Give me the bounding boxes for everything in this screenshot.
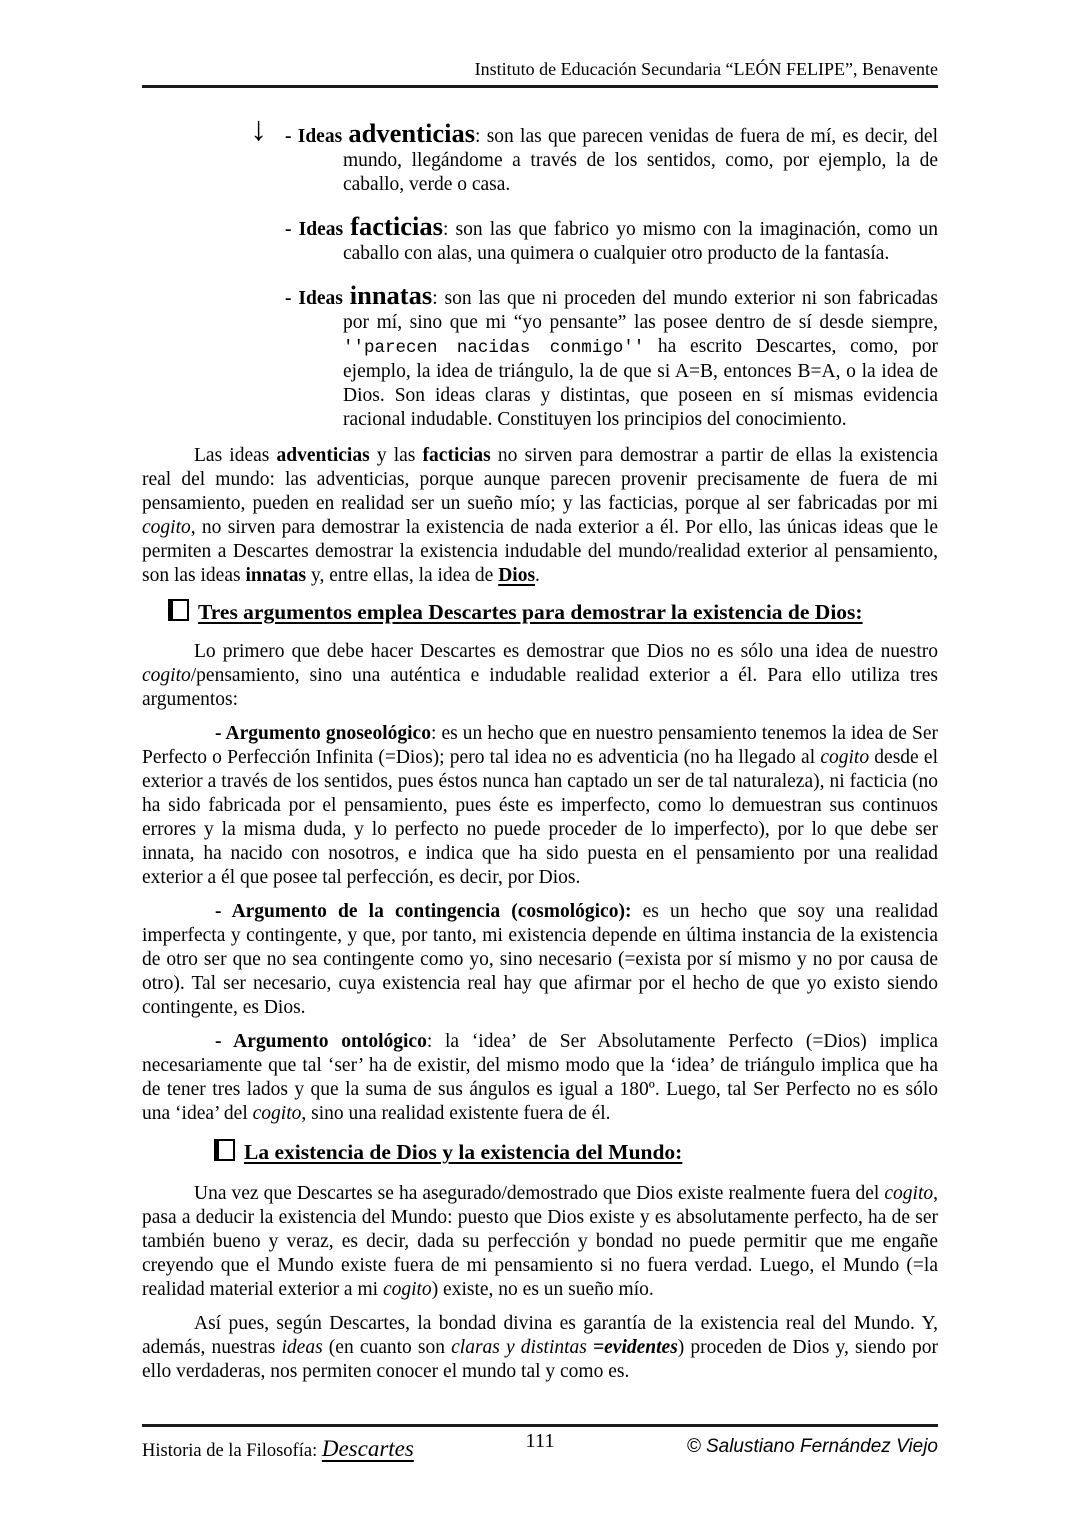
page-content: ↓ - Ideas adventicias: son las que parec…: [142, 121, 938, 1394]
section-heading-existencia-mundo: La existencia de Dios y la existencia de…: [214, 1138, 938, 1166]
paragraph-argumento-ontologico: - Argumento ontológico: la ‘idea’ de Ser…: [142, 1030, 938, 1126]
document-page: Instituto de Educación Secundaria “LEÓN …: [0, 0, 1080, 1528]
paragraph-summary-ideas: Las ideas adventicias y las facticias no…: [142, 444, 938, 588]
paragraph-intro-argumentos: Lo primero que debe hacer Descartes es d…: [142, 640, 938, 712]
page-footer: Historia de la Filosofía: Descartes 111 …: [142, 1430, 938, 1470]
heading-label: Tres argumentos emplea Descartes para de…: [198, 600, 863, 624]
open-square-icon: [214, 1139, 235, 1161]
footer-rule: [142, 1424, 938, 1427]
idea-item-innatas: - Ideas innatas: son las que ni proceden…: [343, 283, 938, 432]
header-institution: Instituto de Educación Secundaria “LEÓN …: [142, 58, 938, 80]
paragraph-argumento-contingencia: - Argumento de la contingencia (cosmológ…: [142, 900, 938, 1020]
paragraph-existencia-mundo: Una vez que Descartes se ha asegurado/de…: [142, 1182, 938, 1302]
paragraph-argumento-gnoseologico: - Argumento gnoseológico: es un hecho qu…: [142, 722, 938, 890]
idea-item-facticias: - Ideas facticias: son las que fabrico y…: [343, 214, 938, 266]
idea-list: ↓ - Ideas adventicias: son las que parec…: [142, 121, 938, 432]
open-square-icon: [168, 599, 189, 621]
down-arrow-icon: ↓: [250, 113, 267, 147]
section-heading-argumentos-dios: Tres argumentos emplea Descartes para de…: [168, 598, 938, 626]
footer-copyright: © Salustiano Fernández Viejo: [687, 1436, 938, 1458]
heading-label: La existencia de Dios y la existencia de…: [244, 1140, 682, 1164]
header-rule: [142, 85, 938, 88]
paragraph-conclusion: Así pues, según Descartes, la bondad div…: [142, 1312, 938, 1384]
idea-item-adventicias: - Ideas adventicias: son las que parecen…: [343, 121, 938, 197]
